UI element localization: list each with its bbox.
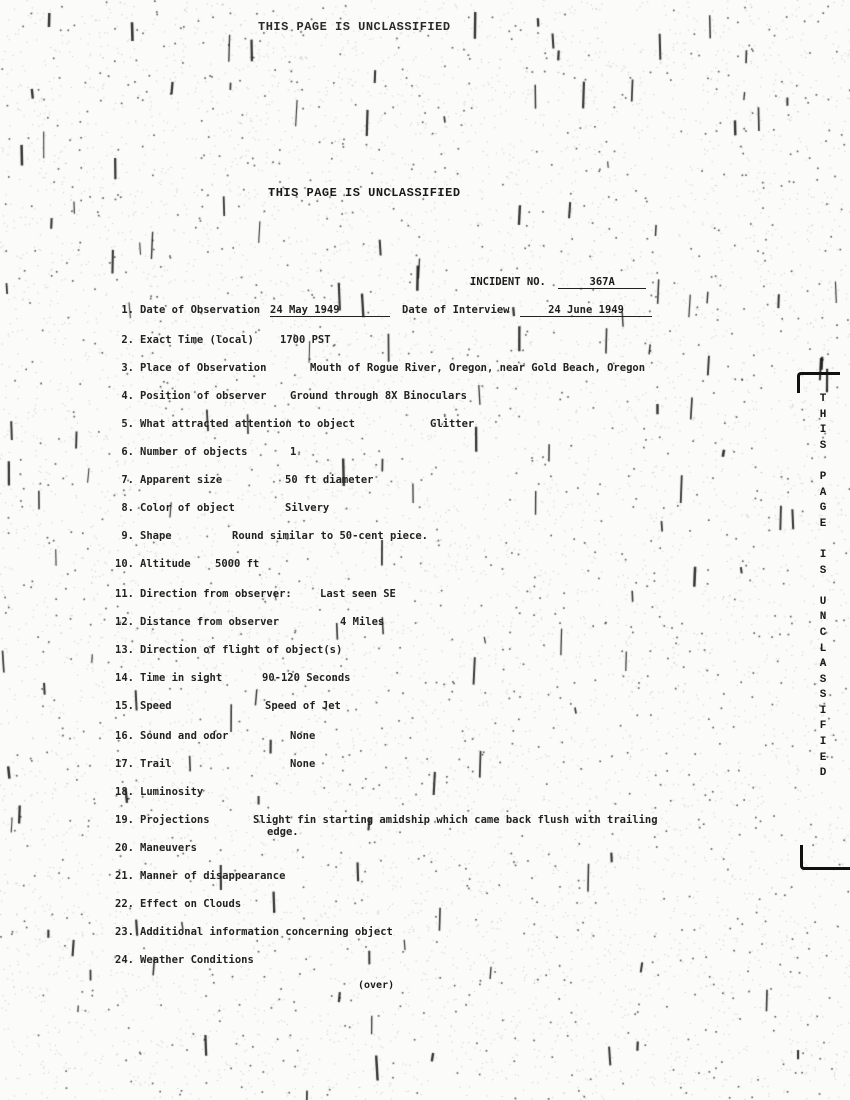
item-label: Apparent size [140,474,222,486]
side-stamp-letter: N [816,610,830,626]
item-label: Place of Observation [140,362,266,374]
side-stamp-letter: E [816,751,830,767]
side-stamp-letter: C [816,626,830,642]
item-number: 3. [100,362,134,374]
form-item-21: 21.Manner of disappearance [100,870,285,882]
item-label: Effect on Clouds [140,898,241,910]
form-item-8: 8.Color of objectSilvery [100,502,235,514]
side-stamp-letter: S [816,439,830,455]
side-stamp-letter: I [816,548,830,564]
over-note: (over) [358,980,394,991]
item-answer: 90-120 Seconds [262,672,351,684]
form-item-13: 13.Direction of flight of object(s) [100,644,342,656]
item-number: 14. [100,672,134,684]
item-label: Weather Conditions [140,954,254,966]
header-classification-stamp: THIS PAGE IS UNCLASSIFIED [268,186,461,200]
item-label: Maneuvers [140,842,197,854]
item-label: Trail [140,758,172,770]
item-label: What attracted attention to object [140,418,355,430]
item-answer: Silvery [285,502,329,514]
interview-date-label: Date of Interview [402,304,509,316]
form-item-5: 5.What attracted attention to objectGlit… [100,418,355,430]
item-number: 22. [100,898,134,910]
item-answer: Ground through 8X Binoculars [290,390,467,402]
incident-label: INCIDENT NO. [470,276,546,288]
item-number: 9. [100,530,134,542]
item-answer-continued: edge. [267,826,299,838]
item-number: 21. [100,870,134,882]
side-stamp-letter: G [816,501,830,517]
top-classification-stamp: THIS PAGE IS UNCLASSIFIED [258,20,451,34]
form-item-20: 20.Maneuvers [100,842,197,854]
side-stamp-letter: S [816,564,830,580]
item-number: 20. [100,842,134,854]
item-answer: Slight fin starting amidship which came … [253,814,658,826]
item-number: 10. [100,558,134,570]
item-answer: Speed of Jet [265,700,341,712]
incident-number-field: INCIDENT NO. 367A [470,276,646,289]
side-stamp-letter: T [816,392,830,408]
item-number: 4. [100,390,134,402]
item-label: Direction of flight of object(s) [140,644,342,656]
item-number: 16. [100,730,134,742]
side-stamp-letter: I [816,704,830,720]
form-item-19: 19.ProjectionsSlight fin starting amidsh… [100,814,210,826]
side-stamp-letter: P [816,470,830,486]
side-stamp-letter: E [816,517,830,533]
item-label: Shape [140,530,172,542]
side-stamp-letter: D [816,766,830,782]
item-label: Exact Time (local) [140,334,254,346]
form-item-16: 16.Sound and odorNone [100,730,229,742]
side-stamp-letter: L [816,642,830,658]
form-item-17: 17.TrailNone [100,758,172,770]
item-answer: 1700 PST [280,334,331,346]
form-item-15: 15.SpeedSpeed of Jet [100,700,172,712]
item-label: Altitude [140,558,191,570]
form-item-18: 18.Luminosity [100,786,203,798]
item-number: 8. [100,502,134,514]
form-item-1: 1.Date of Observation24 May 1949Date of … [100,304,260,316]
form-item-24: 24.Weather Conditions [100,954,254,966]
item-label: Projections [140,814,210,826]
side-stamp-letter: S [816,673,830,689]
item-number: 1. [100,304,134,316]
item-number: 6. [100,446,134,458]
item-number: 18. [100,786,134,798]
side-bracket-top [797,372,840,393]
item-label: Position of observer [140,390,266,402]
item-answer: 5000 ft [215,558,259,570]
item-number: 24. [100,954,134,966]
form-item-9: 9.ShapeRound similar to 50-cent piece. [100,530,172,542]
item-label: Number of objects [140,446,247,458]
item-label: Manner of disappearance [140,870,285,882]
item-answer: None [290,730,315,742]
item-answer: None [290,758,315,770]
item-number: 15. [100,700,134,712]
side-stamp-letter: A [816,486,830,502]
item-number: 5. [100,418,134,430]
item-answer: 50 ft diameter [285,474,374,486]
item-answer: Mouth of Rogue River, Oregon, near Gold … [310,362,645,374]
side-stamp-letter: A [816,657,830,673]
item-answer: Round similar to 50-cent piece. [232,530,428,542]
form-item-22: 22.Effect on Clouds [100,898,241,910]
form-item-7: 7.Apparent size50 ft diameter [100,474,222,486]
side-stamp-letter: S [816,688,830,704]
item-number: 19. [100,814,134,826]
item-answer: 24 May 1949 [270,304,390,317]
item-label: Direction from observer: [140,588,292,600]
side-bracket-bottom [800,845,850,870]
item-label: Sound and odor [140,730,229,742]
form-item-10: 10.Altitude5000 ft [100,558,191,570]
item-answer: Last seen SE [320,588,396,600]
form-item-14: 14.Time in sight90-120 Seconds [100,672,222,684]
incident-number: 367A [558,276,646,289]
interview-date-value: 24 June 1949 [520,304,652,317]
side-stamp-letter: H [816,408,830,424]
side-stamp-letter: U [816,595,830,611]
item-answer: 4 Miles [340,616,384,628]
item-label: Luminosity [140,786,203,798]
item-answer: Glitter [430,418,474,430]
form-item-6: 6.Number of objects1 [100,446,247,458]
item-label: Time in sight [140,672,222,684]
item-number: 7. [100,474,134,486]
form-item-2: 2.Exact Time (local)1700 PST [100,334,254,346]
item-label: Date of Observation [140,304,260,316]
side-stamp-letter: F [816,719,830,735]
form-item-12: 12.Distance from observer4 Miles [100,616,279,628]
side-classification-stamp: THIS PAGE IS UNCLASSIFIED [816,392,830,782]
item-number: 2. [100,334,134,346]
form-item-4: 4.Position of observerGround through 8X … [100,390,266,402]
item-number: 11. [100,588,134,600]
item-number: 13. [100,644,134,656]
side-stamp-letter: I [816,735,830,751]
form-item-11: 11.Direction from observer:Last seen SE [100,588,292,600]
item-label: Additional information concerning object [140,926,393,938]
item-answer: 1 [290,446,296,458]
item-label: Speed [140,700,172,712]
item-number: 12. [100,616,134,628]
form-item-3: 3.Place of ObservationMouth of Rogue Riv… [100,362,266,374]
side-stamp-letter: I [816,423,830,439]
form-item-23: 23.Additional information concerning obj… [100,926,393,938]
item-label: Distance from observer [140,616,279,628]
item-number: 17. [100,758,134,770]
item-label: Color of object [140,502,235,514]
item-number: 23. [100,926,134,938]
